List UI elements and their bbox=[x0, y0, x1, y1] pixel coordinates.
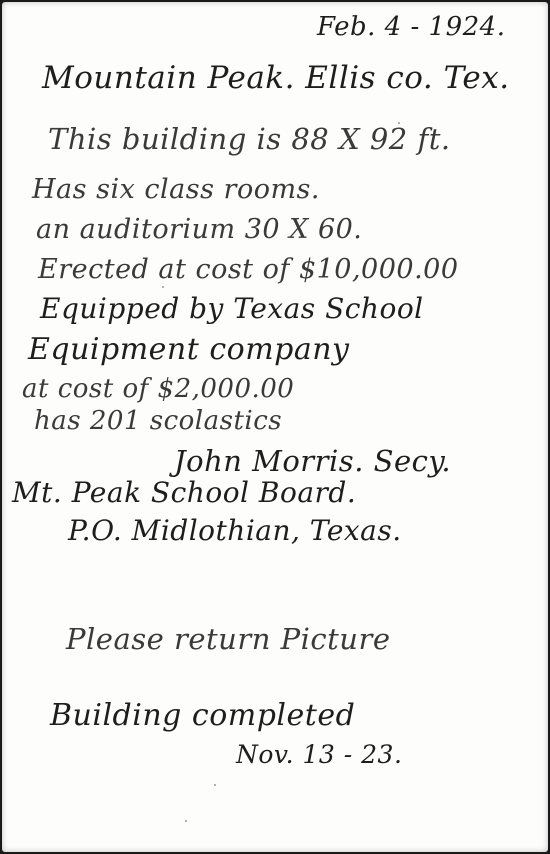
paper-speck bbox=[214, 784, 216, 786]
return-picture-note: Please return Picture bbox=[66, 622, 391, 656]
signature-name: John Morris. Secy. bbox=[174, 444, 451, 478]
scholastics-line: has 201 scolastics bbox=[34, 406, 282, 436]
signature-address: P.O. Midlothian, Texas. bbox=[68, 514, 402, 547]
location-line: Mountain Peak. Ellis co. Tex. bbox=[42, 60, 510, 96]
paper-speck bbox=[398, 122, 400, 124]
erected-cost-line: Erected at cost of $10,000.00 bbox=[38, 254, 459, 285]
classrooms-line: Has six class rooms. bbox=[32, 174, 320, 205]
auditorium-line: an auditorium 30 X 60. bbox=[36, 214, 362, 245]
equipment-cost-line: at cost of $2,000.00 bbox=[22, 374, 294, 404]
handwritten-document: Feb. 4 - 1924. Mountain Peak. Ellis co. … bbox=[2, 2, 548, 852]
signature-organization: Mt. Peak School Board. bbox=[12, 476, 356, 509]
paper-speck bbox=[162, 286, 164, 288]
equipped-by-line: Equipped by Texas School bbox=[40, 292, 424, 325]
paper-speck bbox=[185, 820, 187, 822]
building-size-line: This building is 88 X 92 ft. bbox=[48, 122, 451, 156]
equipment-company-line: Equipment company bbox=[28, 332, 350, 367]
completion-label: Building completed bbox=[50, 698, 355, 733]
document-date: Feb. 4 - 1924. bbox=[317, 12, 505, 42]
completion-date: Nov. 13 - 23. bbox=[236, 740, 402, 769]
